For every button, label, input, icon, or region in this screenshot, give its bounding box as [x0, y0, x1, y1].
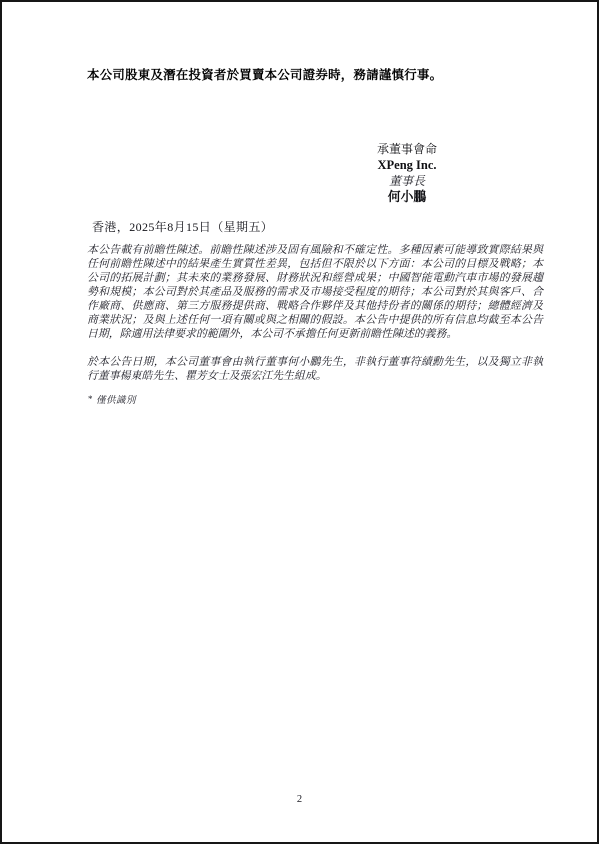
signature-block: 承董事會命 XPeng Inc. 董事長 何小鵬 — [302, 141, 512, 205]
identification-footnote: *僅供識別 — [88, 392, 136, 406]
by-order-of-board-line: 承董事會命 — [302, 141, 512, 157]
footnote-asterisk: * — [88, 394, 93, 404]
chairman-title: 董事長 — [302, 173, 512, 189]
cautionary-statement: 本公司股東及潛在投資者於買賣本公司證券時，務請謹慎行事。 — [87, 65, 557, 83]
chairman-name: 何小鵬 — [302, 189, 512, 205]
document-page: 本公司股東及潛在投資者於買賣本公司證券時，務請謹慎行事。 承董事會命 XPeng… — [0, 0, 599, 844]
board-composition-paragraph: 於本公告日期，本公司董事會由執行董事何小鵬先生，非執行董事符績勳先生，以及獨立非… — [87, 355, 543, 383]
footnote-text: 僅供識別 — [96, 396, 136, 406]
forward-looking-statements-paragraph: 本公告載有前瞻性陳述。前瞻性陳述涉及固有風險和不確定性。多種因素可能導致實際結果… — [87, 243, 543, 341]
page-number: 2 — [2, 794, 597, 805]
company-name: XPeng Inc. — [302, 157, 512, 173]
dateline: 香港，2025年8月15日（星期五） — [92, 218, 273, 235]
